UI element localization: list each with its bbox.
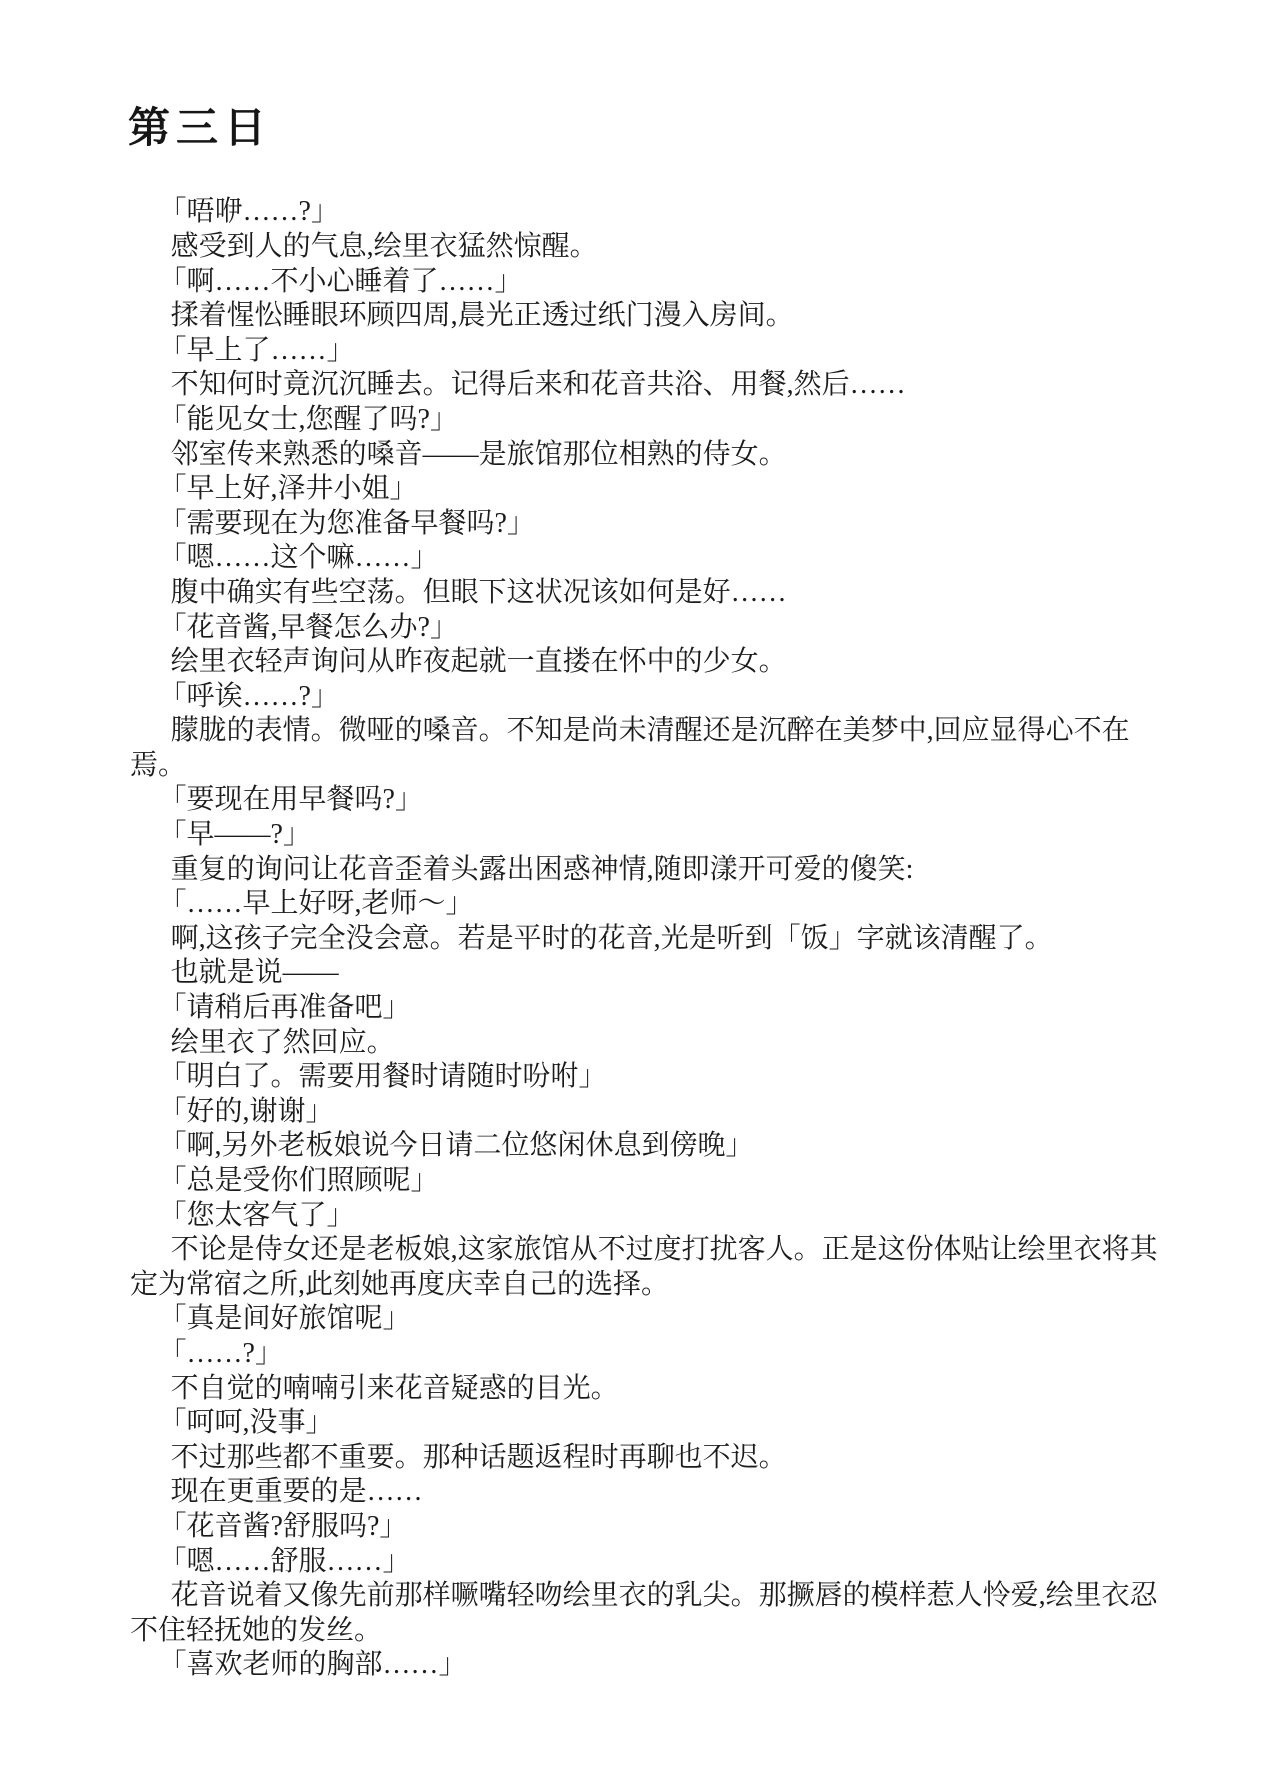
- story-paragraph: 绘里衣轻声询问从昨夜起就一直搂在怀中的少女。: [130, 645, 1166, 680]
- story-paragraph: 「您太客气了」: [130, 1199, 1166, 1234]
- story-body: 「唔咿……?」感受到人的气息,绘里衣猛然惊醒。「啊……不小心睡着了……」揉着惺忪…: [130, 195, 1166, 1683]
- story-paragraph: 「……早上好呀,老师～」: [130, 887, 1166, 922]
- story-paragraph: 揉着惺忪睡眼环顾四周,晨光正透过纸门漫入房间。: [130, 299, 1166, 334]
- story-paragraph: 「……?」: [130, 1337, 1166, 1372]
- story-paragraph: 「请稍后再准备吧」: [130, 991, 1166, 1026]
- story-paragraph: 绘里衣了然回应。: [130, 1026, 1166, 1061]
- story-paragraph: 啊,这孩子完全没会意。若是平时的花音,光是听到「饭」字就该清醒了。: [130, 922, 1166, 957]
- story-paragraph: 「唔咿……?」: [130, 195, 1166, 230]
- document-page: 第三日 「唔咿……?」感受到人的气息,绘里衣猛然惊醒。「啊……不小心睡着了……」…: [0, 0, 1280, 1790]
- story-paragraph: 「呵呵,没事」: [130, 1406, 1166, 1441]
- story-paragraph: 感受到人的气息,绘里衣猛然惊醒。: [130, 230, 1166, 265]
- chapter-title: 第三日: [0, 0, 1280, 154]
- story-paragraph: 「花音酱?舒服吗?」: [130, 1510, 1166, 1545]
- story-paragraph: 不知何时竟沉沉睡去。记得后来和花音共浴、用餐,然后……: [130, 368, 1166, 403]
- story-paragraph: 不过那些都不重要。那种话题返程时再聊也不迟。: [130, 1441, 1166, 1476]
- story-paragraph: 「真是间好旅馆呢」: [130, 1302, 1166, 1337]
- story-paragraph: 「啊……不小心睡着了……」: [130, 265, 1166, 300]
- story-paragraph: 「嗯……舒服……」: [130, 1545, 1166, 1580]
- story-paragraph: 「需要现在为您准备早餐吗?」: [130, 507, 1166, 542]
- story-paragraph: 朦胧的表情。微哑的嗓音。不知是尚未清醒还是沉醉在美梦中,回应显得心不在焉。: [130, 714, 1166, 783]
- story-paragraph: 重复的询问让花音歪着头露出困惑神情,随即漾开可爱的傻笑:: [130, 853, 1166, 888]
- story-paragraph: 「花音酱,早餐怎么办?」: [130, 611, 1166, 646]
- story-paragraph: 花音说着又像先前那样噘嘴轻吻绘里衣的乳尖。那撅唇的模样惹人怜爱,绘里衣忍不住轻抚…: [130, 1579, 1166, 1648]
- story-paragraph: 「早上好,泽井小姐」: [130, 472, 1166, 507]
- story-paragraph: 「早上了……」: [130, 334, 1166, 369]
- story-paragraph: 「啊,另外老板娘说今日请二位悠闲休息到傍晚」: [130, 1129, 1166, 1164]
- story-paragraph: 邻室传来熟悉的嗓音——是旅馆那位相熟的侍女。: [130, 438, 1166, 473]
- story-paragraph: 「要现在用早餐吗?」: [130, 783, 1166, 818]
- story-paragraph: 「嗯……这个嘛……」: [130, 541, 1166, 576]
- story-paragraph: 「好的,谢谢」: [130, 1095, 1166, 1130]
- story-paragraph: 「明白了。需要用餐时请随时吩咐」: [130, 1060, 1166, 1095]
- story-paragraph: 「能见女士,您醒了吗?」: [130, 403, 1166, 438]
- story-paragraph: 不自觉的喃喃引来花音疑惑的目光。: [130, 1372, 1166, 1407]
- story-paragraph: 也就是说——: [130, 956, 1166, 991]
- story-paragraph: 「早——?」: [130, 818, 1166, 853]
- story-paragraph: 「喜欢老师的胸部……」: [130, 1648, 1166, 1683]
- story-paragraph: 腹中确实有些空荡。但眼下这状况该如何是好……: [130, 576, 1166, 611]
- story-paragraph: 不论是侍女还是老板娘,这家旅馆从不过度打扰客人。正是这份体贴让绘里衣将其定为常宿…: [130, 1233, 1166, 1302]
- story-paragraph: 「呼诶……?」: [130, 680, 1166, 715]
- story-paragraph: 现在更重要的是……: [130, 1475, 1166, 1510]
- story-paragraph: 「总是受你们照顾呢」: [130, 1164, 1166, 1199]
